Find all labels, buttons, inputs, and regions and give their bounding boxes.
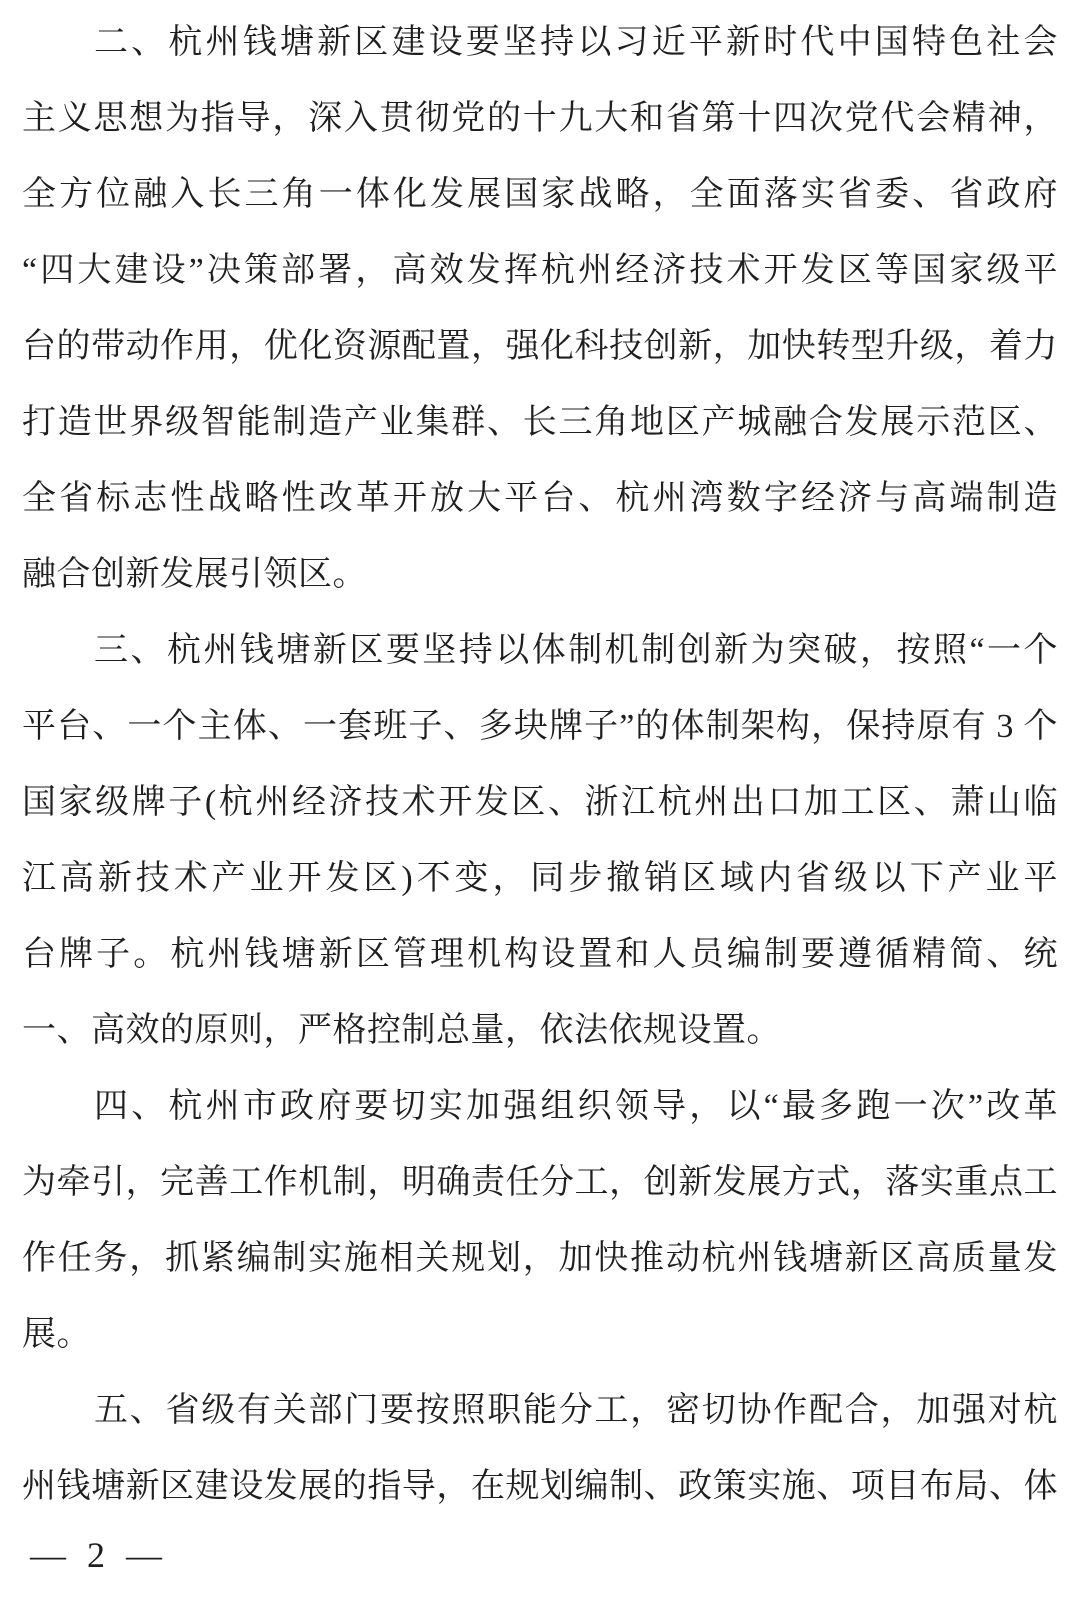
paragraph-section-2: 二、杭州钱塘新区建设要坚持以习近平新时代中国特色社会 主义思想为指导，深入贯彻党… [22, 5, 1058, 613]
text-line: 为牵引，完善工作机制，明确责任分工，创新发展方式，落实重点工 [22, 1145, 1058, 1221]
document-body: 二、杭州钱塘新区建设要坚持以习近平新时代中国特色社会 主义思想为指导，深入贯彻党… [0, 0, 1080, 1525]
text-line: 全方位融入长三角一体化发展国家战略，全面落实省委、省政府 [22, 157, 1058, 233]
paragraph-section-5: 五、省级有关部门要按照职能分工，密切协作配合，加强对杭 州钱塘新区建设发展的指导… [22, 1373, 1058, 1525]
text-line: 全省标志性战略性改革开放大平台、杭州湾数字经济与高端制造 [22, 461, 1058, 537]
text-line: 二、杭州钱塘新区建设要坚持以习近平新时代中国特色社会 [22, 5, 1058, 81]
document-page: 二、杭州钱塘新区建设要坚持以习近平新时代中国特色社会 主义思想为指导，深入贯彻党… [0, 0, 1080, 1615]
text-line: 展。 [22, 1297, 1058, 1373]
text-line: 一、高效的原则，严格控制总量，依法依规设置。 [22, 993, 1058, 1069]
text-line: 打造世界级智能制造产业集群、长三角地区产城融合发展示范区、 [22, 385, 1058, 461]
text-line: 融合创新发展引领区。 [22, 537, 1058, 613]
text-line: “四大建设”决策部署，高效发挥杭州经济技术开发区等国家级平 [22, 233, 1058, 309]
text-line: 国家级牌子(杭州经济技术开发区、浙江杭州出口加工区、萧山临 [22, 765, 1058, 841]
text-line: 州钱塘新区建设发展的指导，在规划编制、政策实施、项目布局、体 [22, 1449, 1058, 1525]
paragraph-section-3: 三、杭州钱塘新区要坚持以体制机制创新为突破，按照“一个 平台、一个主体、一套班子… [22, 613, 1058, 1069]
text-line: 三、杭州钱塘新区要坚持以体制机制创新为突破，按照“一个 [22, 613, 1058, 689]
text-line: 台的带动作用，优化资源配置，强化科技创新，加快转型升级，着力 [22, 309, 1058, 385]
text-line: 江高新技术产业开发区)不变，同步撤销区域内省级以下产业平 [22, 841, 1058, 917]
text-line: 五、省级有关部门要按照职能分工，密切协作配合，加强对杭 [22, 1373, 1058, 1449]
text-line: 台牌子。杭州钱塘新区管理机构设置和人员编制要遵循精简、统 [22, 917, 1058, 993]
page-number: — 2 — [30, 1534, 168, 1576]
text-line: 平台、一个主体、一套班子、多块牌子”的体制架构，保持原有 3 个 [22, 689, 1058, 765]
text-line: 四、杭州市政府要切实加强组织领导，以“最多跑一次”改革 [22, 1069, 1058, 1145]
text-line: 作任务，抓紧编制实施相关规划，加快推动杭州钱塘新区高质量发 [22, 1221, 1058, 1297]
paragraph-section-4: 四、杭州市政府要切实加强组织领导，以“最多跑一次”改革 为牵引，完善工作机制，明… [22, 1069, 1058, 1373]
text-line: 主义思想为指导，深入贯彻党的十九大和省第十四次党代会精神， [22, 81, 1058, 157]
